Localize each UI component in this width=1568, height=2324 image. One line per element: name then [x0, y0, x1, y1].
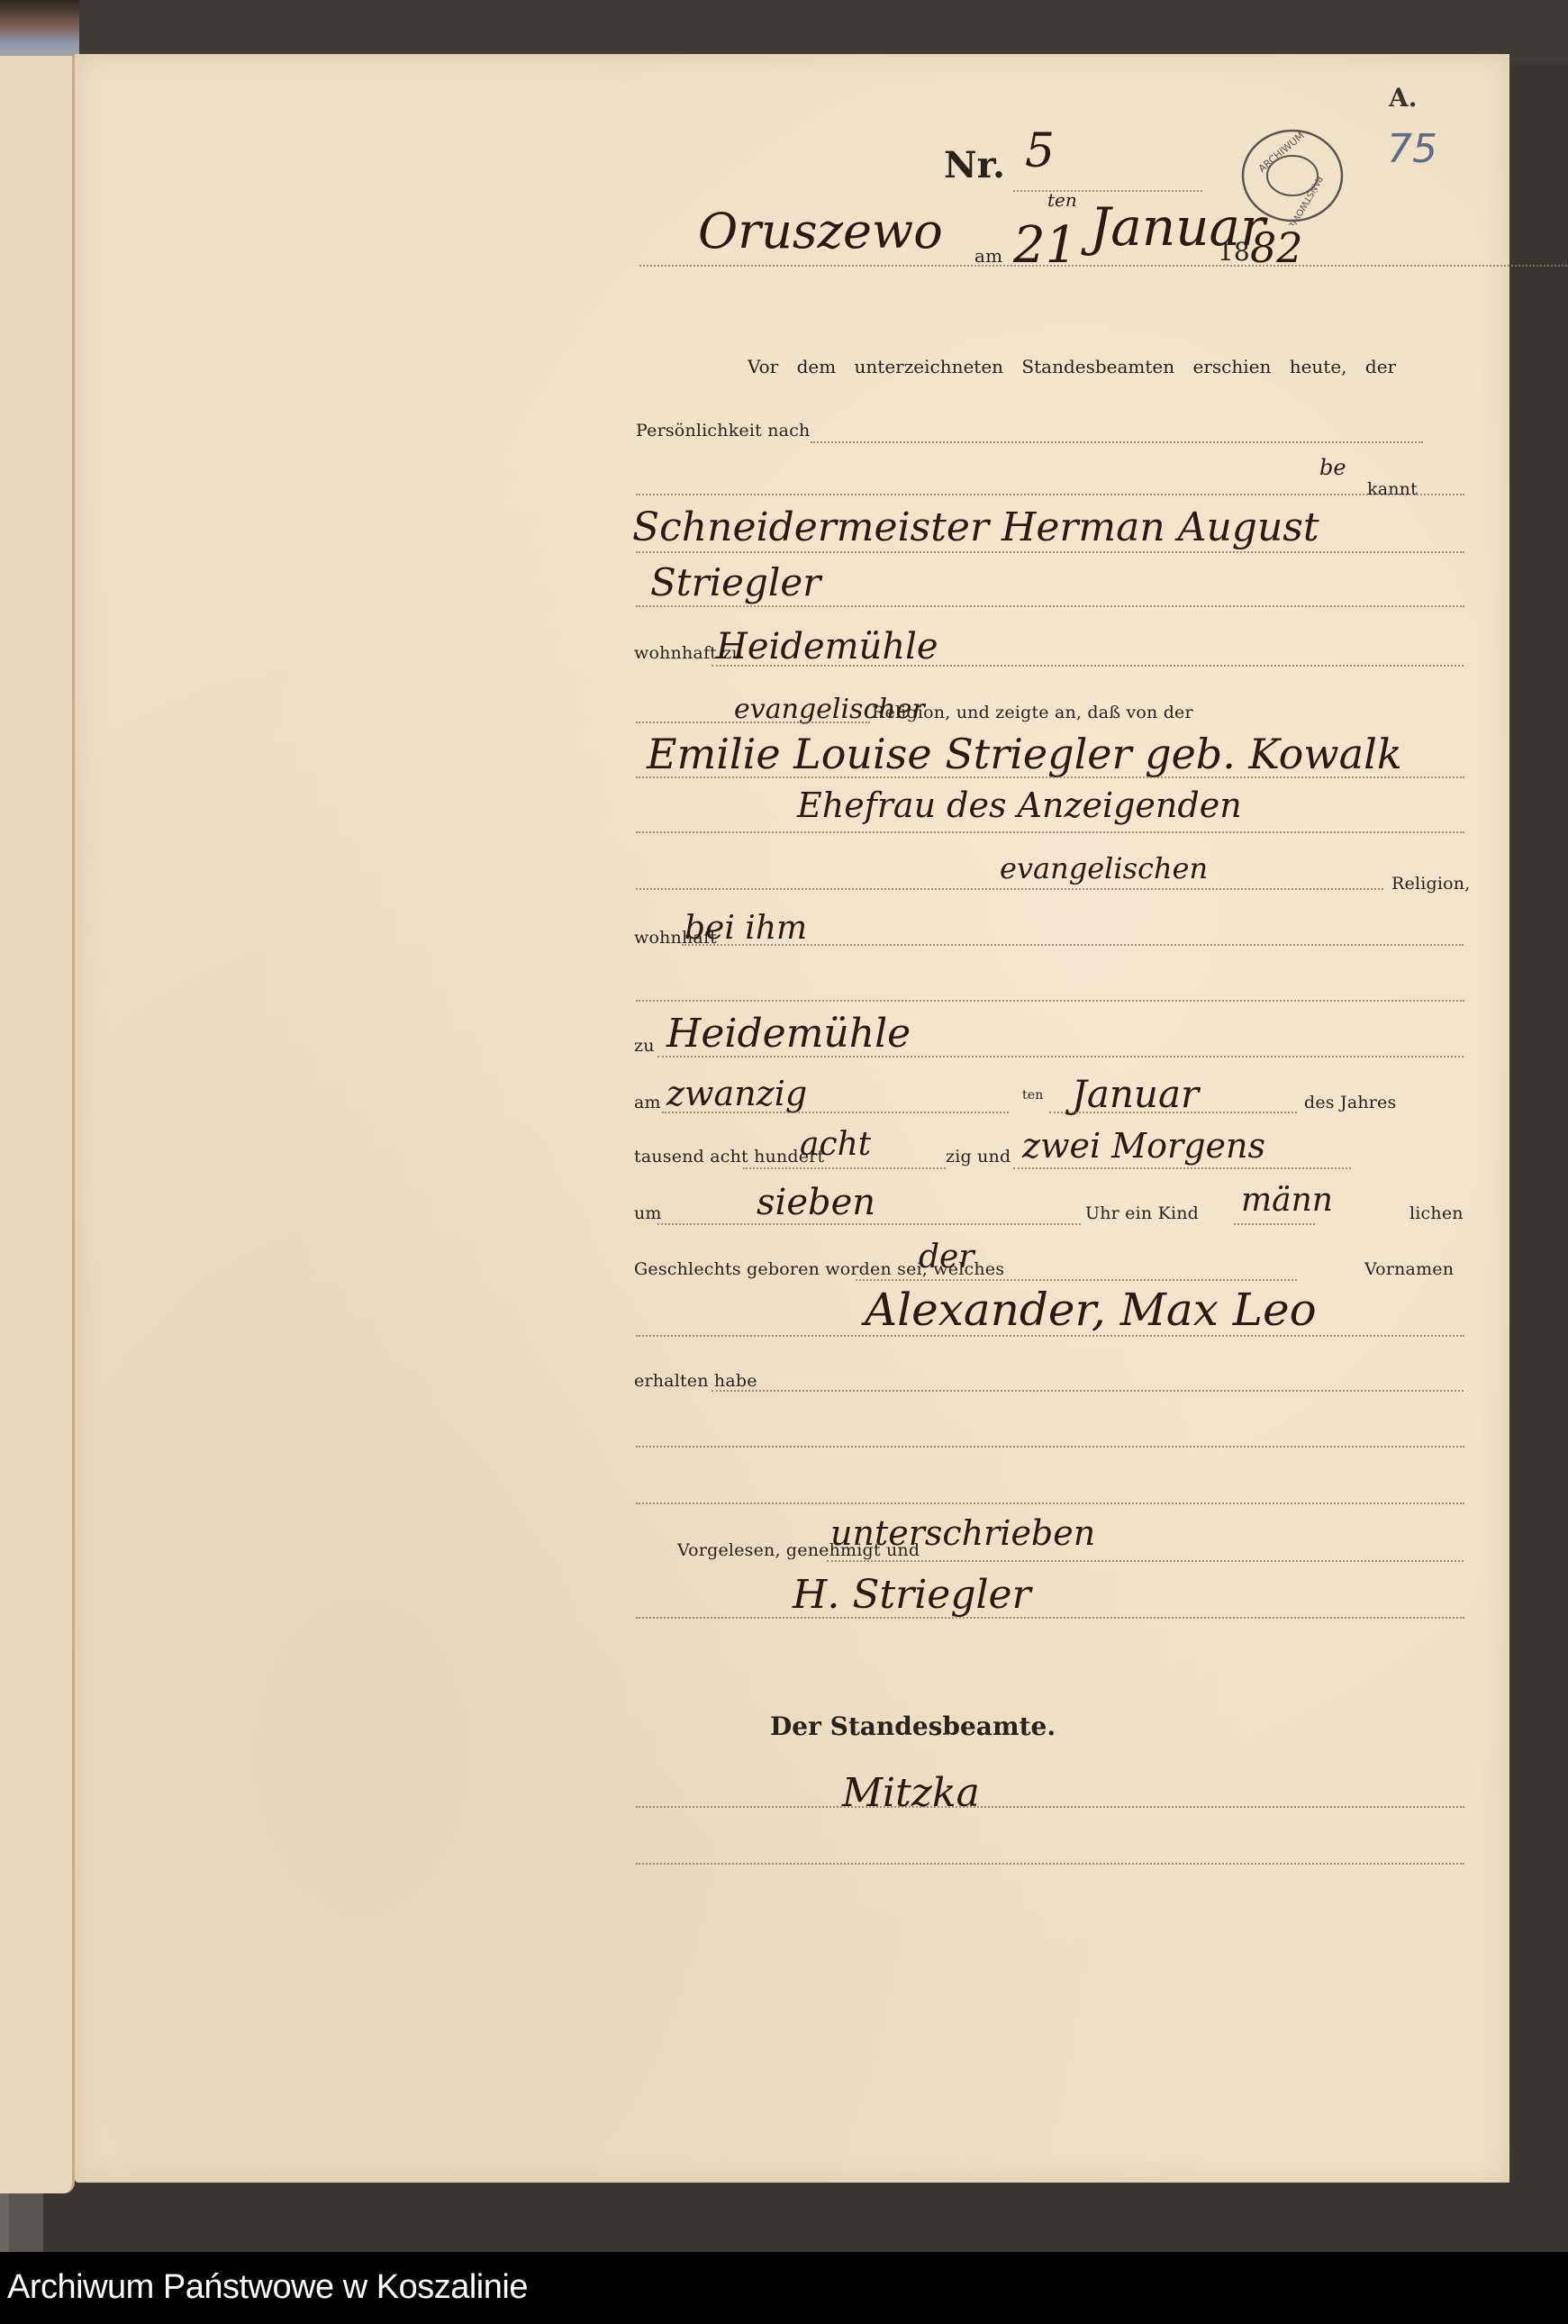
der-dotted-line [856, 1279, 1297, 1281]
religion-dotted-line [636, 722, 870, 723]
official-dotted-line-2 [636, 1863, 1464, 1865]
blank-dotted-line [636, 1000, 1464, 1002]
date-dotted-line [639, 265, 1568, 267]
mother-religion-dotted-line [636, 888, 1383, 890]
ten-label: ten [1022, 1088, 1044, 1103]
der-hand: der [919, 1239, 974, 1275]
book-edge [0, 0, 79, 63]
relation-dotted-line [636, 831, 1464, 833]
mother-name: Emilie Louise Striegler geb. Kowalk [647, 730, 1402, 778]
informant-dotted-line2 [636, 605, 1464, 607]
birth-month: Januar [1072, 1072, 1199, 1116]
birth-decade: acht [800, 1126, 871, 1163]
spine-shadow [9, 2193, 43, 2252]
registry-place: Oruszewo [698, 203, 943, 259]
birth-hour: sieben [757, 1182, 875, 1223]
hour-dotted-line [657, 1223, 1081, 1225]
official-title: Der Standesbeamte. [770, 1711, 1056, 1741]
birth-month-dotted-line [1049, 1112, 1297, 1113]
mother-religion: evangelischen [1000, 851, 1208, 885]
mother-residence-dotted-line [682, 944, 1464, 946]
unit-dotted-line [1013, 1167, 1351, 1169]
nr-dotted-line [1013, 190, 1202, 192]
informant-signature: H. Striegler [793, 1572, 1031, 1618]
unterschrieben-dotted-line [827, 1560, 1464, 1562]
record-number: 5 [1025, 124, 1055, 178]
decade-dotted-line [743, 1167, 946, 1169]
official-dotted-line [636, 1806, 1464, 1808]
mother-residence: bei ihm [684, 910, 807, 947]
birth-unit-and-time: zwei Morgens [1022, 1126, 1265, 1166]
des-jahres-label: des Jahres [1304, 1093, 1396, 1112]
intro-text-line2: Persönlichkeit nach [636, 421, 810, 440]
mother-dotted-line [636, 776, 1464, 778]
spine [0, 2193, 9, 2252]
kannt-dotted-line [636, 494, 1464, 495]
am-label: am [974, 245, 1002, 267]
archive-page-number: 75 [1387, 126, 1437, 172]
year-prefix: 18 [1218, 237, 1250, 267]
lichen-label: lichen [1409, 1203, 1464, 1223]
birth-day: zwanzig [666, 1074, 807, 1113]
corner-letter: A. [1389, 83, 1417, 113]
sex-dotted-line [1234, 1223, 1315, 1225]
child-given-names: Alexander, Max Leo [865, 1284, 1317, 1336]
unterschrieben-hand: unterschrieben [830, 1513, 1095, 1553]
um-label: um [634, 1203, 662, 1223]
child-names-dotted-line [636, 1335, 1464, 1337]
erhalten-dotted-line [711, 1390, 1464, 1392]
child-sex: männ [1241, 1182, 1333, 1219]
religion-anzeige-label: Religion, und zeigte an, daß von der [872, 703, 1193, 722]
vornamen-label: Vornamen [1364, 1259, 1454, 1279]
intro-dotted-line [811, 441, 1423, 443]
svg-text:ARCHIWUM: ARCHIWUM [1256, 130, 1307, 175]
record-day-suffix: ten [1047, 189, 1077, 211]
zig-und-label: zig und [946, 1147, 1011, 1167]
birth-place: Heidemühle [666, 1011, 911, 1057]
uhr-kind-label: Uhr ein Kind [1085, 1203, 1199, 1223]
informant-name-line2: Striegler [650, 560, 820, 604]
informant-name-line1: Schneidermeister Herman August [632, 504, 1319, 550]
signature-dotted-line [636, 1617, 1464, 1619]
birth-day-dotted-line [662, 1112, 1009, 1113]
official-signature: Mitzka [842, 1770, 980, 1816]
tausend-label: tausend acht hundert [634, 1147, 824, 1167]
archive-name: Archiwum Państwowe w Koszalinie [7, 2268, 528, 2307]
mother-relation: Ehefrau des Anzeigenden [797, 785, 1242, 825]
intro-text-line1: Vor dem unterzeichneten Standesbeamten e… [748, 356, 1396, 377]
erhalten-habe-label: erhalten habe [634, 1371, 757, 1391]
blank-dotted-line-3 [636, 1502, 1464, 1504]
facing-page-edge [0, 56, 75, 2193]
informant-residence: Heidemühle [716, 626, 938, 667]
blank-dotted-line-2 [636, 1446, 1464, 1448]
mother-religion-label: Religion, [1391, 874, 1470, 894]
birth-place-dotted-line [657, 1056, 1464, 1058]
birth-am-label: am [634, 1093, 661, 1112]
birth-zu-label: zu [634, 1036, 655, 1056]
residence-dotted-line [711, 665, 1464, 667]
kannt-label: kannt [1367, 479, 1418, 499]
informant-dotted-line1 [636, 551, 1464, 553]
nr-label: Nr. [944, 144, 1005, 186]
kannt-prefix: be [1319, 455, 1346, 480]
svg-text:PAŃSTWOWE: PAŃSTWOWE [1286, 174, 1326, 225]
